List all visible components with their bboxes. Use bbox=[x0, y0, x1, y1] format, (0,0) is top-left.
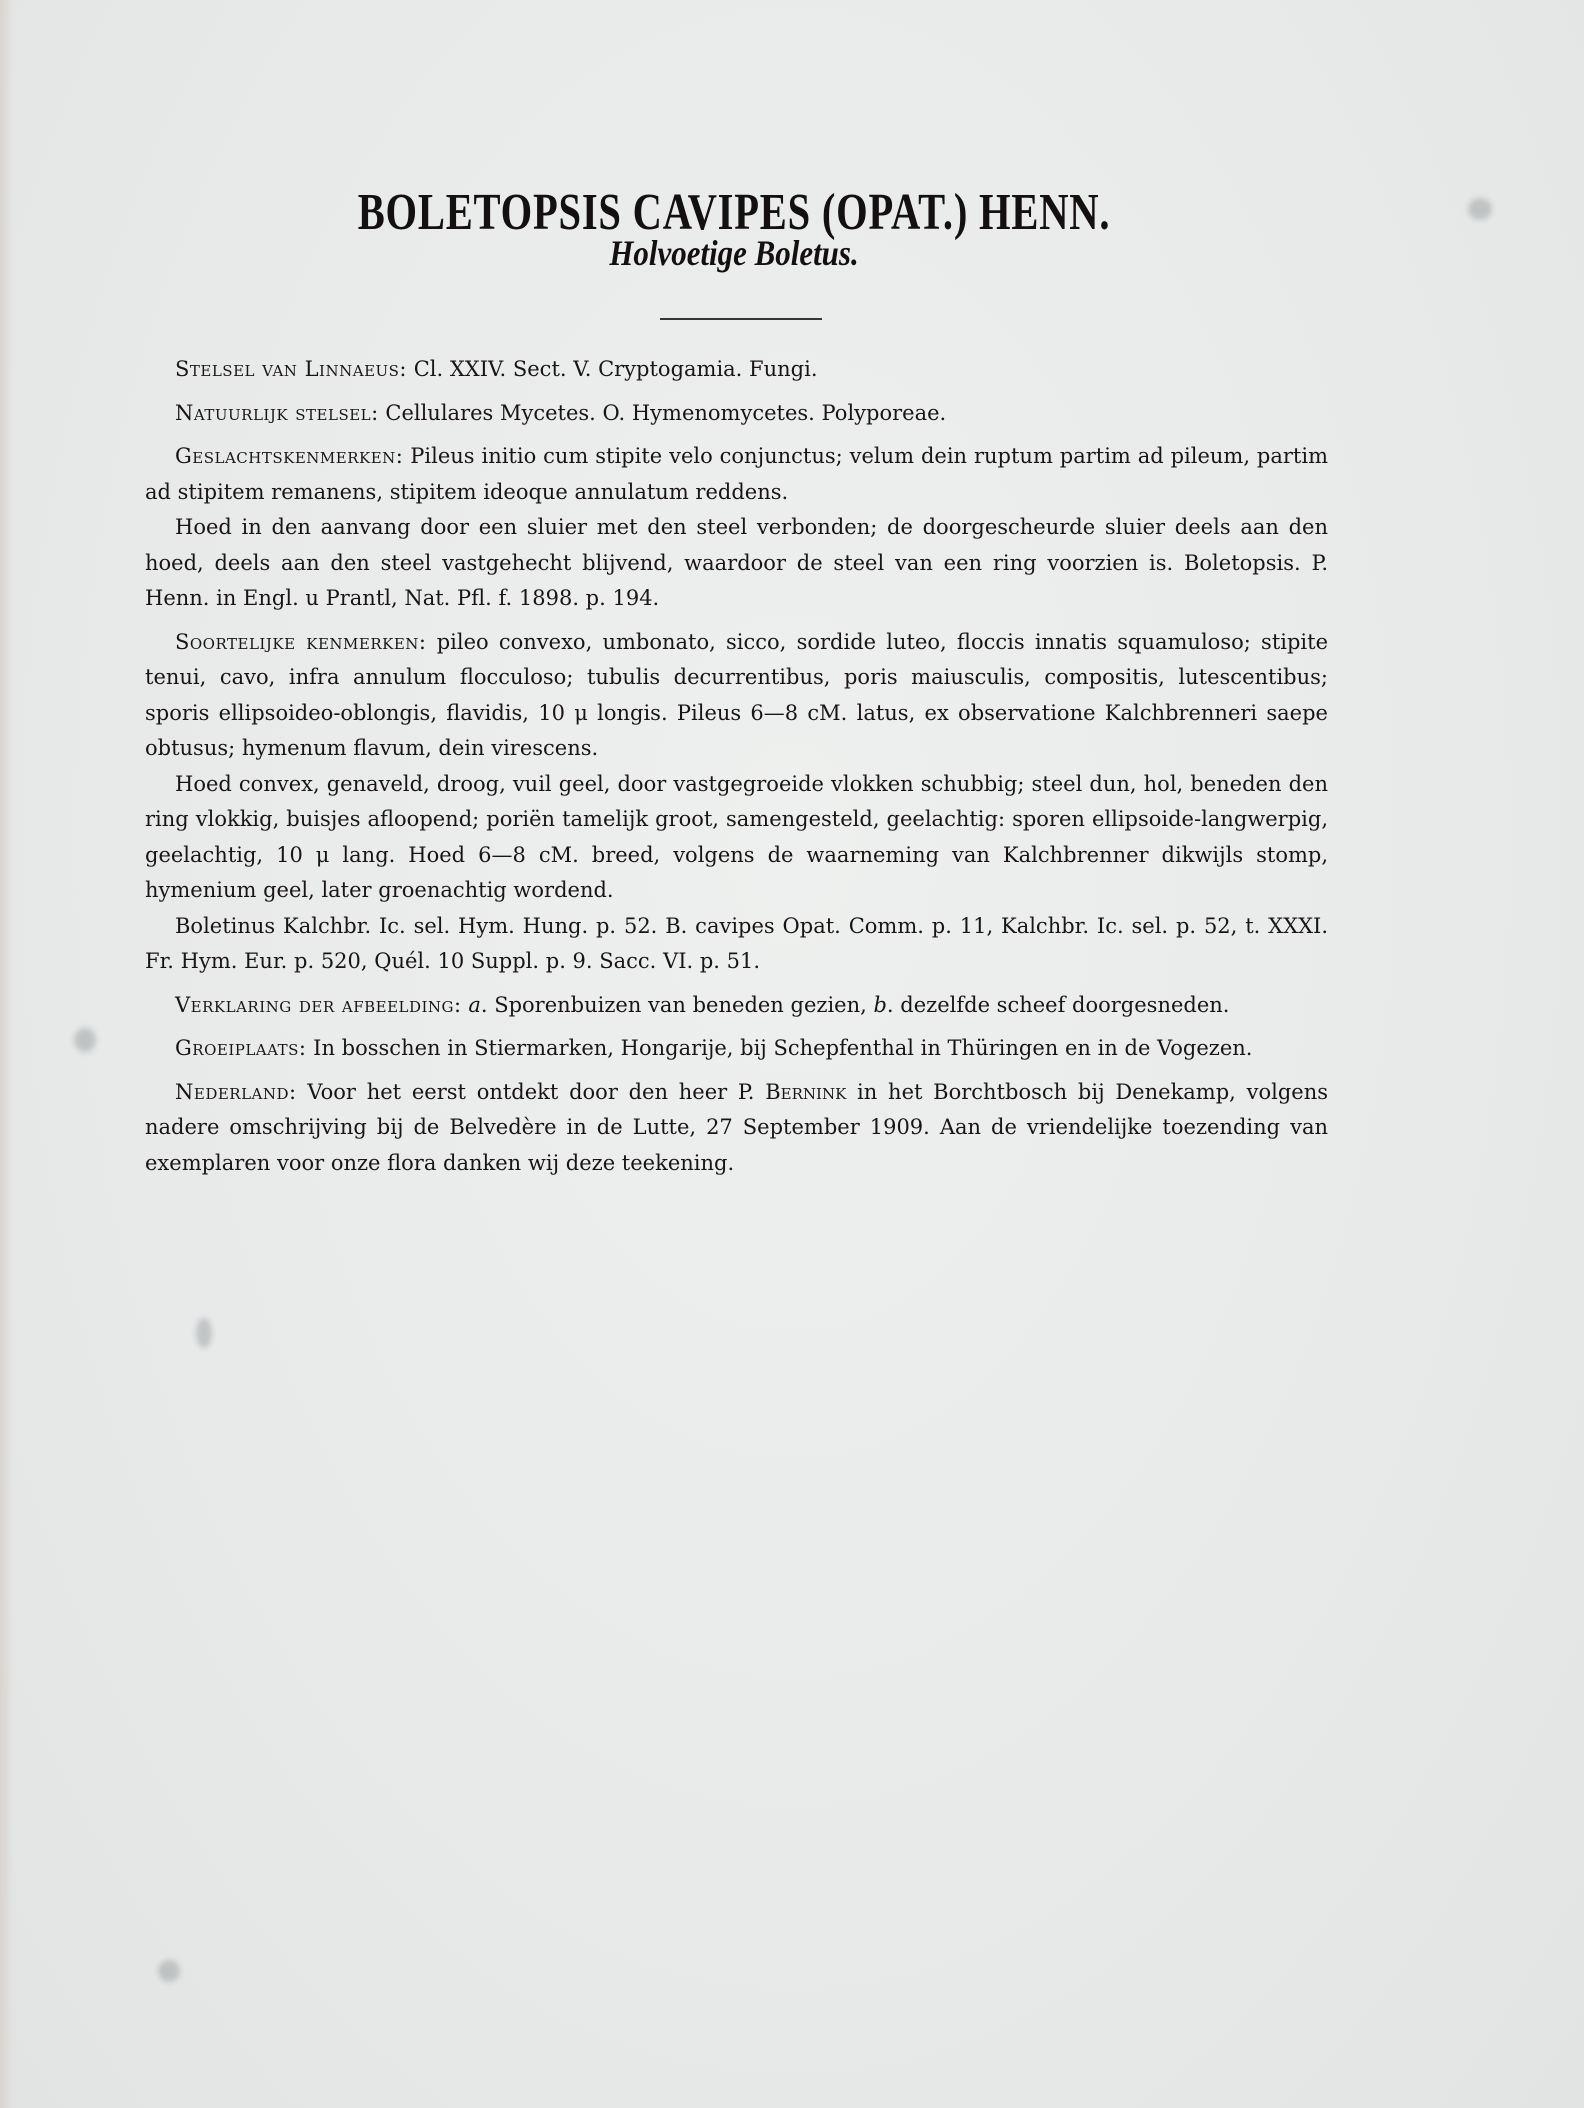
page-subtitle: Holvoetige Boletus. bbox=[103, 232, 1365, 274]
section-label: Natuurlijk stelsel: bbox=[175, 401, 379, 425]
paper-stain bbox=[158, 1960, 180, 1982]
section-text: . Sporenbuizen van beneden gezien, bbox=[481, 993, 874, 1017]
paper-stain bbox=[74, 1028, 96, 1052]
section-linnaeus: Stelsel van Linnaeus: Cl. XXIV. Sect. V.… bbox=[145, 352, 1328, 388]
section-label: Verklaring der afbeelding: bbox=[175, 993, 462, 1017]
section-label: Soortelijke kenmerken: bbox=[175, 630, 426, 654]
figure-ref-b: b bbox=[873, 993, 886, 1017]
paper-stain bbox=[196, 1318, 212, 1348]
section-natuurlijk-stelsel: Natuurlijk stelsel: Cellulares Mycetes. … bbox=[145, 396, 1328, 432]
document-body: Stelsel van Linnaeus: Cl. XXIV. Sect. V.… bbox=[145, 352, 1328, 1181]
section-label: Stelsel van Linnaeus: bbox=[175, 357, 407, 381]
paper-stain bbox=[1468, 198, 1492, 220]
section-soortelijke-kenmerken: Soortelijke kenmerken: pileo convexo, um… bbox=[145, 625, 1328, 767]
section-geslachtskenmerken-dutch: Hoed in den aanvang door een sluier met … bbox=[145, 510, 1328, 617]
section-label: Groeiplaats: bbox=[175, 1036, 307, 1060]
section-text: . dezelfde scheef doorgesneden. bbox=[887, 993, 1230, 1017]
section-label: Geslachtskenmerken: bbox=[175, 444, 403, 468]
section-text: Cl. XXIV. Sect. V. Cryptogamia. Fungi. bbox=[407, 357, 817, 381]
figure-ref-a: a bbox=[468, 993, 481, 1017]
section-geslachtskenmerken: Geslachtskenmerken: Pileus initio cum st… bbox=[145, 439, 1328, 510]
section-verklaring: Verklaring der afbeelding: a. Sporenbuiz… bbox=[145, 988, 1328, 1024]
page-edge-shadow bbox=[0, 0, 14, 2108]
section-groeiplaats: Groeiplaats: In bosschen in Stiermarken,… bbox=[145, 1031, 1328, 1067]
section-soortelijke-kenmerken-dutch: Hoed convex, genaveld, droog, vuil geel,… bbox=[145, 767, 1328, 909]
person-name: Bernink bbox=[765, 1080, 846, 1104]
section-text: Cellulares Mycetes. O. Hymenomycetes. Po… bbox=[379, 401, 947, 425]
section-label: Nederland: bbox=[175, 1080, 297, 1104]
section-text: In bosschen in Stiermarken, Hongarije, b… bbox=[307, 1036, 1253, 1060]
title-divider bbox=[660, 318, 822, 320]
section-text: Voor het eerst ontdekt door den heer P. bbox=[297, 1080, 766, 1104]
section-nederland: Nederland: Voor het eerst ontdekt door d… bbox=[145, 1075, 1328, 1182]
section-literature: Boletinus Kalchbr. Ic. sel. Hym. Hung. p… bbox=[145, 909, 1328, 980]
